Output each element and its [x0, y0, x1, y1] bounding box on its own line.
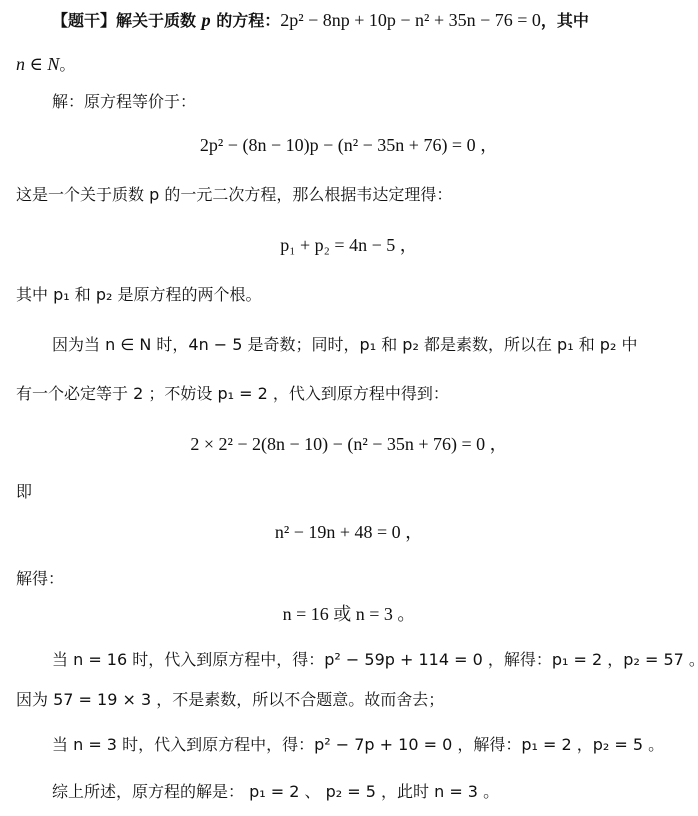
- problem-equation: 2p² − 8np + 10p − n² + 35n − 76 = 0: [280, 10, 541, 30]
- roots-text: 其中 p₁ 和 p₂ 是原方程的两个根。: [16, 283, 696, 307]
- solution-intro: 解：原方程等价于：: [52, 90, 692, 114]
- problem-condition: n ∈ N: [16, 54, 59, 74]
- problem-statement: 【题干】解关于质数 p 的方程：2p² − 8np + 10p − n² + 3…: [52, 8, 692, 33]
- parity-text: 因为当 n ∈ N 时，4n − 5 是奇数；同时，p₁ 和 p₂ 都是素数，所…: [52, 333, 692, 357]
- case-n3: 当 n = 3 时，代入到原方程中，得：p² − 7p + 10 = 0 ，解得…: [52, 733, 692, 757]
- case-n16: 当 n = 16 时，代入到原方程中，得：p² − 59p + 114 = 0 …: [52, 648, 692, 672]
- assume-text: 有一个必定等于 2 ；不妨设 p₁ = 2 ，代入到原方程中得到：: [16, 382, 696, 406]
- ji-label: 即: [16, 480, 696, 504]
- conclusion: 综上所述，原方程的解是： p₁ = 2 、 p₂ = 5 ，此时 n = 3 。: [52, 780, 692, 804]
- solve-label: 解得：: [16, 567, 696, 591]
- equation-1: 2p² − (8n − 10)p − (n² − 35n + 76) = 0 ，: [0, 133, 698, 157]
- problem-label: 【题干】: [52, 11, 116, 30]
- problem-condition-line: n ∈ N。: [16, 52, 696, 77]
- equation-2: p₁ + p₂ = 4n − 5 ，: [0, 233, 698, 257]
- vieta-text: 这是一个关于质数 p 的一元二次方程，那么根据韦达定理得：: [16, 183, 696, 207]
- reject-n16: 因为 57 = 19 × 3 ，不是素数，所以不合题意。故而舍去；: [16, 688, 696, 712]
- equation-3: 2 × 2² − 2(8n − 10) − (n² − 35n + 76) = …: [0, 432, 698, 456]
- equation-4: n² − 19n + 48 = 0 ，: [0, 520, 698, 544]
- equation-5: n = 16 或 n = 3 。: [0, 602, 698, 626]
